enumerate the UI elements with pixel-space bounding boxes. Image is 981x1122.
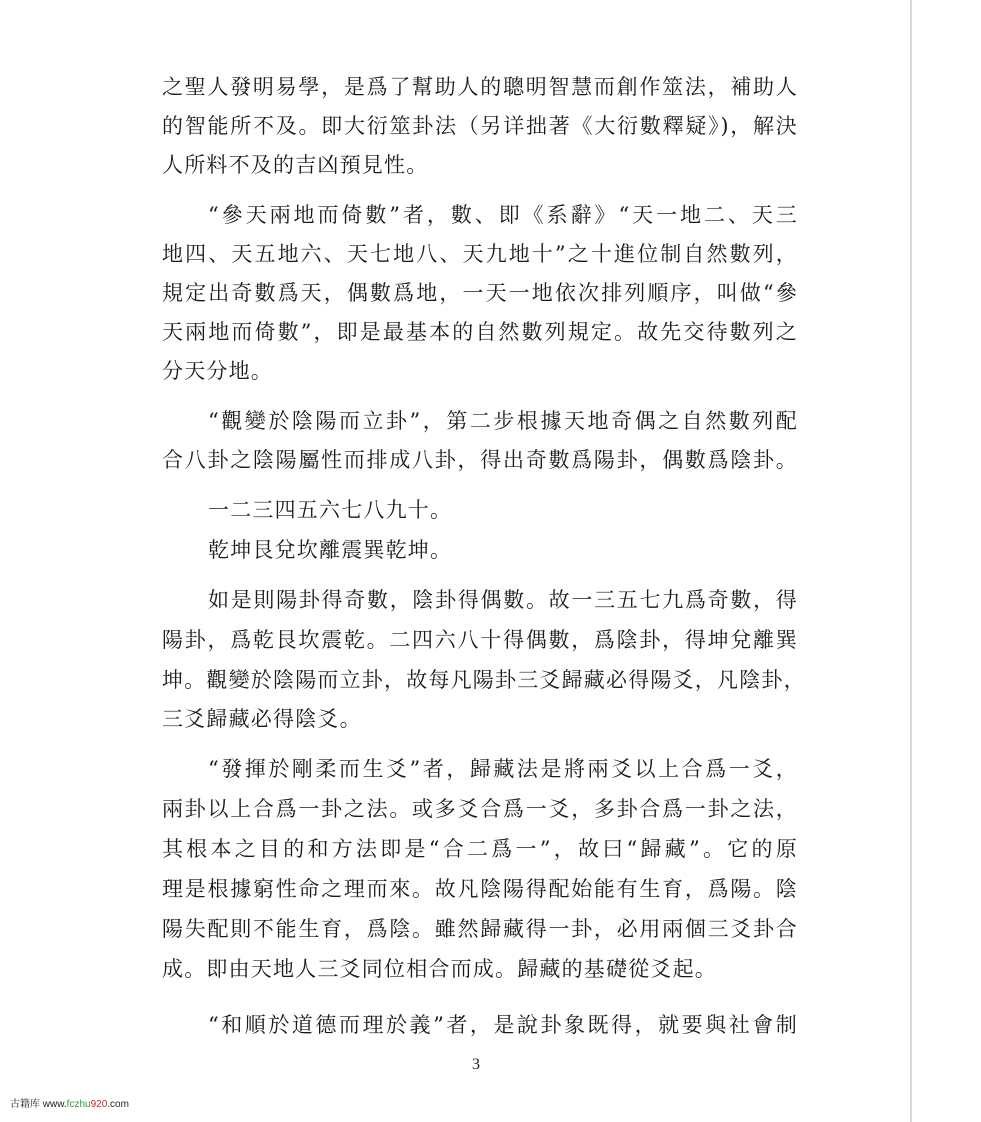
text-line: 陽卦，爲乾艮坎震乾。二四六八十得偶數，爲陰卦，得坤兌離巽 [162, 625, 798, 655]
paragraph-first-line: “和順於道德而理於義”者，是說卦象既得，就要與社會制 [208, 1010, 798, 1040]
text-line: 地四、天五地六、天七地八、天九地十”之十進位制自然數列， [162, 239, 798, 269]
paragraph-first-line: “參天兩地而倚數”者，數、即《系辭》“天一地二、天三 [208, 200, 798, 230]
watermark-suffix: .com [107, 1099, 129, 1110]
text-line: 成。即由天地人三爻同位相合而成。歸藏的基礎從爻起。 [162, 954, 798, 984]
text-line: 的智能所不及。即大衍筮卦法（另详拙著《大衍數釋疑》)，解決 [162, 111, 798, 141]
right-margin [912, 0, 981, 1122]
watermark-red-part: 920 [91, 1099, 108, 1110]
site-watermark: 古籍库 www.fczhu920.com [10, 1098, 129, 1112]
watermark-green-part: fczhu [67, 1099, 91, 1110]
number-sequence-line: 一二三四五六七八九十。 [208, 495, 798, 525]
text-line: 規定出奇數爲天，偶數爲地，一天一地依次排列順序，叫做“參 [162, 278, 798, 308]
text-line: 之聖人發明易學，是爲了幫助人的聰明智慧而創作筮法，補助人 [162, 72, 798, 102]
text-line: 理是根據窮性命之理而來。故凡陰陽得配始能有生育，爲陽。陰 [162, 874, 798, 904]
text-line: 兩卦以上合爲一卦之法。或多爻合爲一爻，多卦合爲一卦之法， [162, 794, 798, 824]
page-number: 3 [472, 1053, 480, 1077]
paragraph-first-line: “觀變於陰陽而立卦”，第二步根據天地奇偶之自然數列配 [208, 406, 798, 436]
watermark-prefix: 古籍库 www. [10, 1099, 67, 1110]
scanned-page: 之聖人發明易學，是爲了幫助人的聰明智慧而創作筮法，補助人 的智能所不及。即大衍筮… [0, 0, 910, 1122]
text-line: 陽失配則不能生育，爲陰。雖然歸藏得一卦，必用兩個三爻卦合 [162, 914, 798, 944]
text-line: 坤。觀變於陰陽而立卦，故每凡陽卦三爻歸藏必得陽爻，凡陰卦， [162, 665, 798, 695]
paragraph-first-line: 如是則陽卦得奇數，陰卦得偶數。故一三五七九爲奇數，得 [208, 585, 798, 615]
trigram-sequence-line: 乾坤艮兌坎離震巽乾坤。 [208, 535, 798, 565]
text-line: 分天分地。 [162, 356, 798, 386]
text-line: 人所料不及的吉凶預見性。 [162, 150, 798, 180]
text-line: 三爻歸藏必得陰爻。 [162, 704, 798, 734]
text-line: 合八卦之陰陽屬性而排成八卦，得出奇數爲陽卦，偶數爲陰卦。 [162, 445, 798, 475]
paragraph-first-line: “發揮於剛柔而生爻”者，歸藏法是將兩爻以上合爲一爻， [208, 754, 798, 784]
text-line: 其根本之目的和方法即是“合二爲一”，故曰“歸藏”。它的原 [162, 834, 798, 864]
text-line: 天兩地而倚數”，即是最基本的自然數列規定。故先交待數列之 [162, 317, 798, 347]
